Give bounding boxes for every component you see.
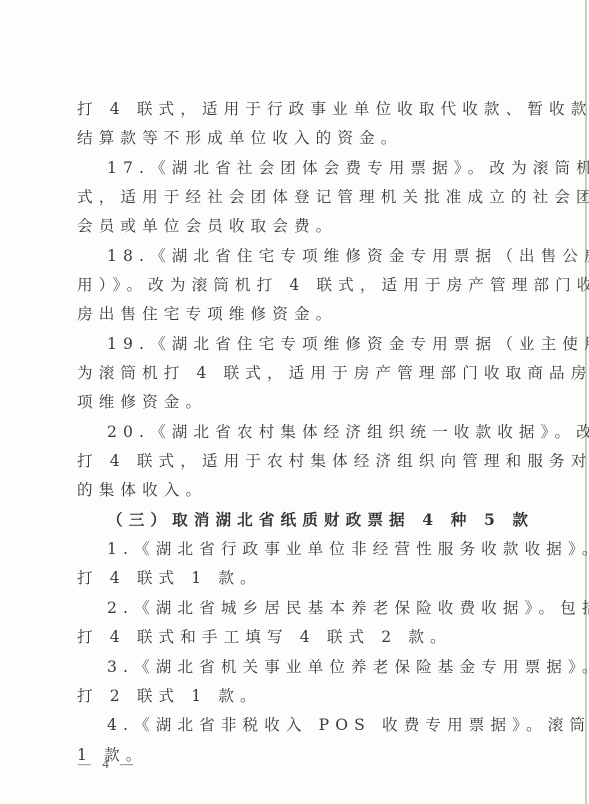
item-3-line-2: 打 2 联式 1 款。: [77, 685, 517, 707]
paragraph-19-line-2: 为滚筒机打 4 联式，适用于房产管理部门收取商品房出售住宅专: [77, 362, 517, 384]
item-1-line-1: 1.《湖北省行政事业单位非经营性服务收款收据》。滚筒机: [107, 538, 517, 560]
paragraph-19-line-3: 项维修资金。: [77, 391, 517, 413]
paragraph-17-line-1: 17.《湖北省社会团体会费专用票据》。改为滚筒机打 4 联: [107, 157, 517, 179]
paragraph-20-line-1: 20.《湖北省农村集体经济组织统一收款收据》。改为滚筒机: [107, 421, 517, 443]
paragraph-16-line-3: 结算款等不形成单位收入的资金。: [77, 127, 517, 149]
paragraph-19-line-1: 19.《湖北省住宅专项维修资金专用票据（业主使用）》，改: [107, 333, 517, 355]
paragraph-18-line-1: 18.《湖北省住宅专项维修资金专用票据（出售公房单位使: [107, 245, 517, 267]
paragraph-17-line-2: 式，适用于经社会团体登记管理机关批准成立的社会团体向个人: [77, 186, 517, 208]
page-number: — 4 —: [78, 756, 137, 772]
paragraph-18-line-2: 用）》。改为滚筒机打 4 联式，适用于房产管理部门收取公有住: [77, 274, 517, 296]
paragraph-16-line-2: 打 4 联式，适用于行政事业单位收取代收款、暂收款、内部往来: [77, 98, 517, 120]
item-2-line-2: 打 4 联式和手工填写 4 联式 2 款。: [77, 626, 517, 648]
item-3-line-1: 3.《湖北省机关事业单位养老保险基金专用票据》。滚筒机: [107, 656, 517, 678]
paragraph-20-line-3: 的集体收入。: [77, 479, 517, 501]
section-heading-3: （三）取消湖北省纸质财政票据 4 种 5 款: [107, 509, 517, 531]
item-4-line-2: 1 款。: [77, 744, 517, 766]
paragraph-20-line-2: 打 4 联式，适用于农村集体经济组织向管理和服务对象收款形成: [77, 450, 517, 472]
item-1-line-2: 打 4 联式 1 款。: [77, 567, 517, 589]
item-4-line-1: 4.《湖北省非税收入 POS 收费专用票据》。滚筒机打 3 联式: [107, 714, 517, 736]
paragraph-17-line-3: 会员或单位会员收取会费。: [77, 215, 517, 237]
document-page: 打 4 联式，适用于行政事业单位收取代收款、暂收款、内部往来 结算款等不形成单位…: [0, 0, 589, 804]
item-2-line-1: 2.《湖北省城乡居民基本养老保险收费收据》。包括滚筒机: [107, 597, 517, 619]
page-edge-shadow: [585, 0, 587, 804]
paragraph-18-line-3: 房出售住宅专项维修资金。: [77, 303, 517, 325]
